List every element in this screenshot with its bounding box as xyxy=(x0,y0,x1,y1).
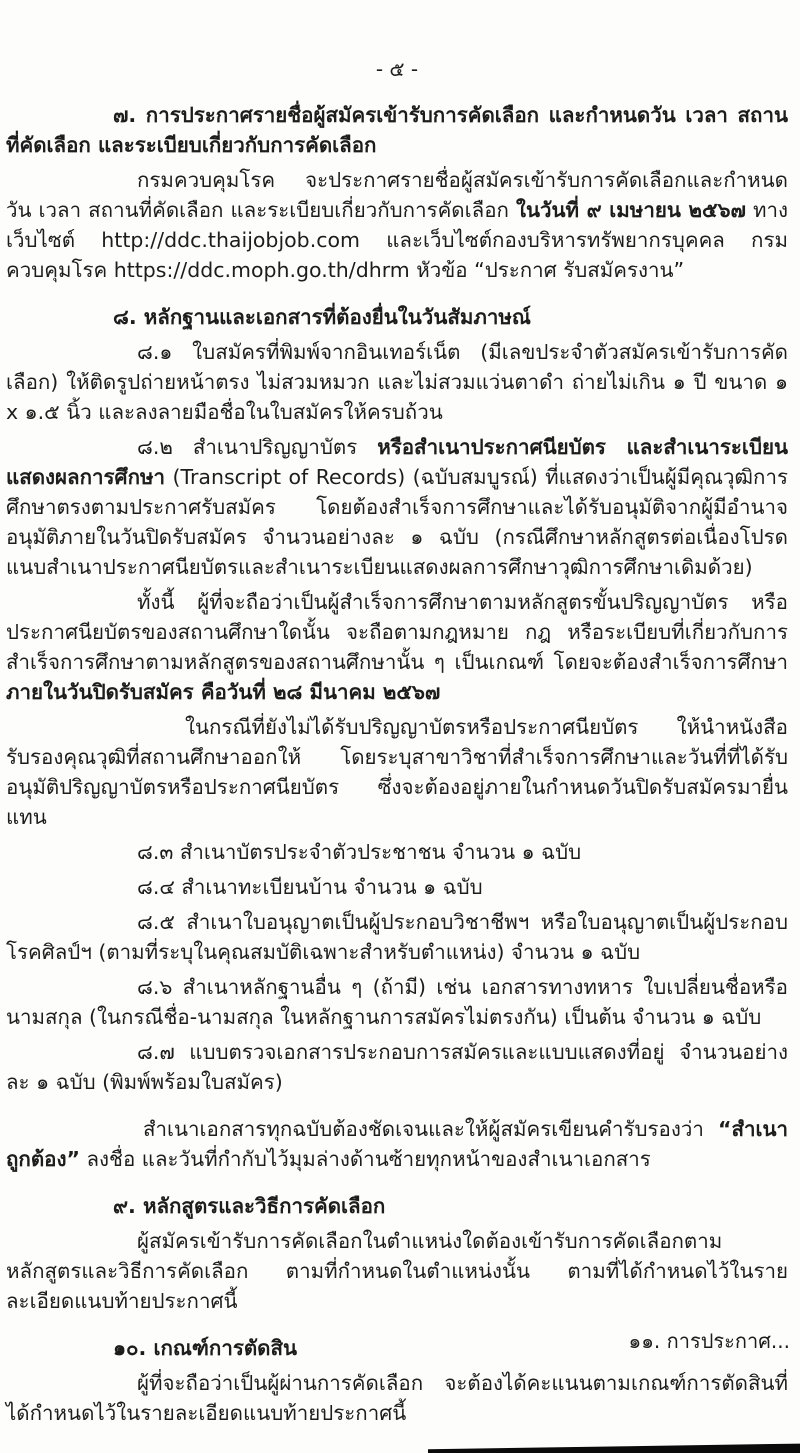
item-8-7: ๘.๗ แบบตรวจเอกสารประกอบการสมัครและแบบแสด… xyxy=(6,1037,788,1097)
section-8-heading: ๘. หลักฐานและเอกสารที่ต้องยื่นในวันสัมภา… xyxy=(6,302,788,332)
section-10-paragraph: ผู้ที่จะถือว่าเป็นผู้ผ่านการคัดเลือก จะต… xyxy=(6,1368,788,1428)
section-8-heading-seg-0: ๘. หลักฐานและเอกสารที่ต้องยื่นในวันสัมภา… xyxy=(113,305,531,329)
item-8-3-seg-0: ๘.๓ สำเนาบัตรประจำตัวประชาชน จำนวน ๑ ฉบั… xyxy=(137,840,581,864)
document-content: - ๕ - ๗. การประกาศรายชื่อผู้สมัครเข้ารับ… xyxy=(6,54,788,1428)
item-8-2-note-graduation-seg-0: ทั้งนี้ ผู้ที่จะถือว่าเป็นผู้สำเร็จการศึ… xyxy=(6,590,788,674)
section-9-heading: ๙. หลักสูตรและวิธีการคัดเลือก xyxy=(6,1191,788,1221)
item-8-6-seg-0: ๘.๖ สำเนาหลักฐานอื่น ๆ (ถ้ามี) เช่น เอกส… xyxy=(6,975,788,1029)
copy-certification-note: สำเนาเอกสารทุกฉบับต้องชัดเจนและให้ผู้สมั… xyxy=(6,1114,788,1174)
item-8-6: ๘.๖ สำเนาหลักฐานอื่น ๆ (ถ้ามี) เช่น เอกส… xyxy=(6,972,788,1032)
item-8-2-note-pending-certificate-seg-0: ในกรณีที่ยังไม่ได้รับปริญญาบัตรหรือประกา… xyxy=(6,715,788,829)
section-10-paragraph-seg-0: ผู้ที่จะถือว่าเป็นผู้ผ่านการคัดเลือก จะต… xyxy=(6,1371,788,1425)
scan-edge-artifact xyxy=(428,1443,800,1453)
item-8-5: ๘.๕ สำเนาใบอนุญาตเป็นผู้ประกอบวิชาชีพฯ ห… xyxy=(6,907,788,967)
continuation-note: ๑๑. การประกาศ... xyxy=(629,1327,790,1355)
item-8-4-seg-0: ๘.๔ สำเนาทะเบียนบ้าน จำนวน ๑ ฉบับ xyxy=(137,875,483,899)
item-8-2-seg-0: ๘.๒ สำเนาปริญญาบัตร xyxy=(137,435,377,459)
item-8-7-seg-0: ๘.๗ แบบตรวจเอกสารประกอบการสมัครและแบบแสด… xyxy=(6,1040,788,1094)
document-body: ๗. การประกาศรายชื่อผู้สมัครเข้ารับการคัด… xyxy=(6,100,788,1428)
item-8-2-note-graduation: ทั้งนี้ ผู้ที่จะถือว่าเป็นผู้สำเร็จการศึ… xyxy=(6,587,788,707)
section-10-heading-seg-0: ๑๐. เกณฑ์การตัดสิน xyxy=(113,1336,297,1360)
item-8-2-note-pending-certificate: ในกรณีที่ยังไม่ได้รับปริญญาบัตรหรือประกา… xyxy=(6,712,788,832)
section-7-heading-seg-0: ๗. การประกาศรายชื่อผู้สมัครเข้ารับการคัด… xyxy=(6,103,788,157)
item-8-4: ๘.๔ สำเนาทะเบียนบ้าน จำนวน ๑ ฉบับ xyxy=(6,872,788,902)
section-7-heading: ๗. การประกาศรายชื่อผู้สมัครเข้ารับการคัด… xyxy=(6,100,788,160)
item-8-2: ๘.๒ สำเนาปริญญาบัตร หรือสำเนาประกาศนียบั… xyxy=(6,432,788,582)
document-page: - ๕ - ๗. การประกาศรายชื่อผู้สมัครเข้ารับ… xyxy=(0,0,800,1453)
section-9-paragraph: ผู้สมัครเข้ารับการคัดเลือกในตำแหน่งใดต้อ… xyxy=(6,1226,788,1316)
section-9-paragraph-seg-0: ผู้สมัครเข้ารับการคัดเลือกในตำแหน่งใดต้อ… xyxy=(6,1229,788,1313)
item-8-2-note-graduation-seg-1: ภายในวันปิดรับสมัคร คือวันที่ ๒๘ มีนาคม … xyxy=(6,680,440,704)
copy-certification-note-seg-2: ลงชื่อ และวันที่กำกับไว้มุมล่างด้านซ้ายท… xyxy=(80,1147,651,1171)
copy-certification-note-seg-0: สำเนาเอกสารทุกฉบับต้องชัดเจนและให้ผู้สมั… xyxy=(143,1117,718,1141)
item-8-5-seg-0: ๘.๕ สำเนาใบอนุญาตเป็นผู้ประกอบวิชาชีพฯ ห… xyxy=(6,910,788,964)
section-9-heading-seg-0: ๙. หลักสูตรและวิธีการคัดเลือก xyxy=(113,1194,385,1218)
item-8-3: ๘.๓ สำเนาบัตรประจำตัวประชาชน จำนวน ๑ ฉบั… xyxy=(6,837,788,867)
item-8-1: ๘.๑ ใบสมัครที่พิมพ์จากอินเทอร์เน็ต (มีเล… xyxy=(6,337,788,427)
section-7-paragraph: กรมควบคุมโรค จะประกาศรายชื่อผู้สมัครเข้า… xyxy=(6,165,788,285)
section-7-paragraph-seg-1: ในวันที่ ๙ เมษายน ๒๕๖๗ xyxy=(516,198,746,222)
page-number: - ๕ - xyxy=(6,54,788,84)
item-8-1-seg-0: ๘.๑ ใบสมัครที่พิมพ์จากอินเทอร์เน็ต (มีเล… xyxy=(6,340,788,424)
